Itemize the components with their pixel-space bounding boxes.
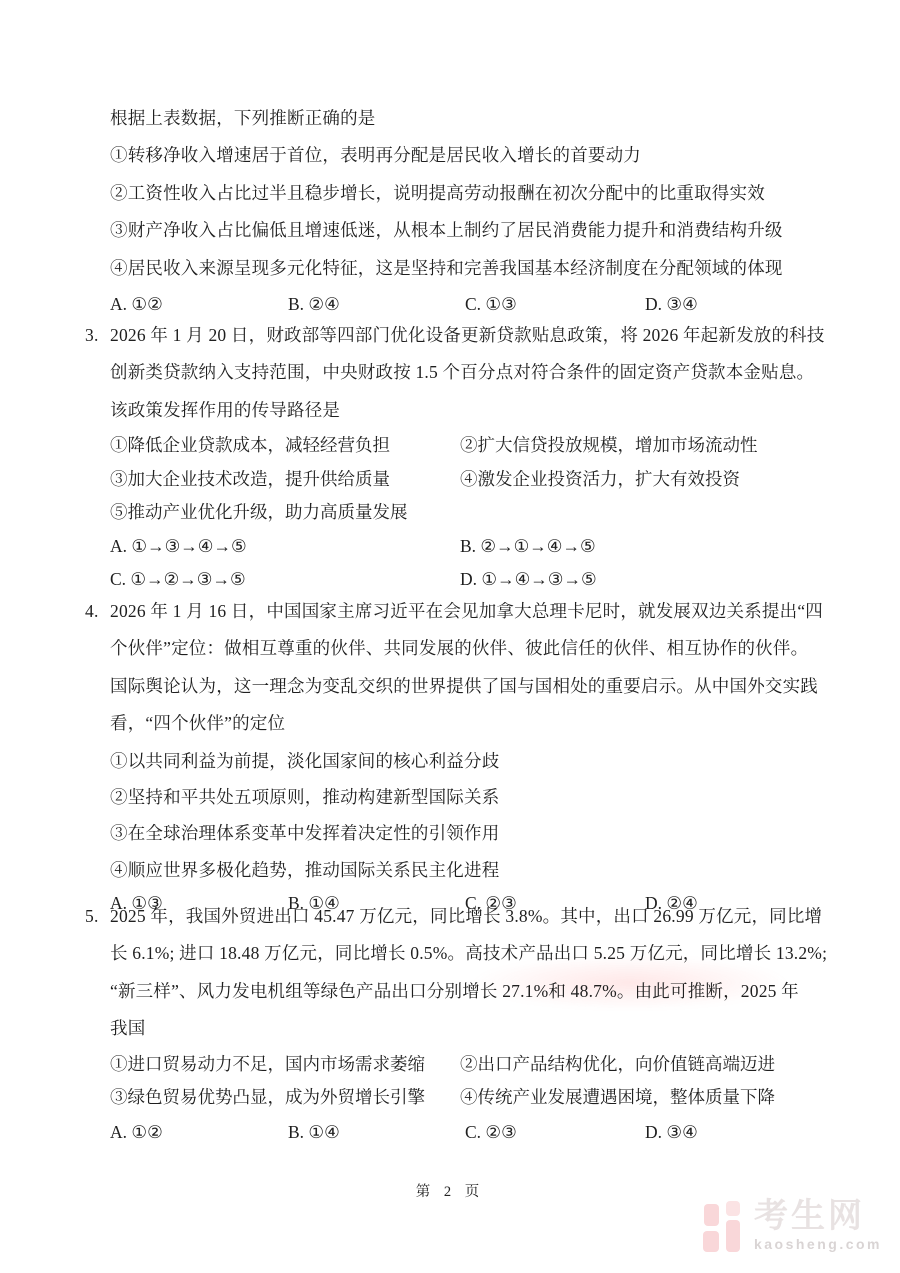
option-item-4: ④居民收入来源呈现多元化特征，这是坚持和完善我国基本经济制度在分配领域的体现	[85, 250, 830, 287]
brand-name: 考生网	[754, 1198, 882, 1234]
exam-paper-page: { "doc": { "footer": "第 2 页", "brand": {…	[0, 0, 900, 1273]
option-item-2: ②扩大信贷投放规模，增加市场流动性	[460, 429, 830, 463]
kaosheng-logo-icon	[694, 1198, 744, 1256]
option-item-3: ③加大企业技术改造，提升供给质量	[110, 463, 460, 497]
option-item-1: ①进口贸易动力不足，国内市场需求萎缩	[110, 1048, 460, 1082]
choice-d: D. ③④	[645, 1115, 830, 1150]
question-stem-line: 5. 2025 年，我国外贸进出口 45.47 万亿元，同比增长 3.8%。其中…	[85, 898, 830, 935]
choice-c: C. ②③	[465, 1115, 645, 1150]
question-stem: 根据上表数据，下列推断正确的是	[85, 100, 830, 137]
option-row: ⑤推动产业优化升级，助力高质量发展	[85, 496, 830, 530]
question-3-block: 3. 2026 年 1 月 20 日，财政部等四部门优化设备更新贷款贴息政策，将…	[85, 317, 830, 597]
option-item-4: ④激发企业投资活力，扩大有效投资	[460, 463, 830, 497]
option-item-2: ②出口产品结构优化，向价值链高端迈进	[460, 1048, 830, 1082]
question-2-block: 根据上表数据，下列推断正确的是 ①转移净收入增速居于首位，表明再分配是居民收入增…	[85, 100, 830, 322]
choice-c: C. ①→②→③→⑤	[110, 563, 460, 597]
stem-text: 2026 年 1 月 20 日，财政部等四部门优化设备更新贷款贴息政策，将 20…	[110, 325, 825, 345]
kaosheng-watermark: 考生网 kaosheng.com	[694, 1198, 882, 1256]
question-stem-line: 该政策发挥作用的传导路径是	[85, 392, 830, 429]
question-stem-line: 我国	[85, 1010, 830, 1047]
option-item-4: ④传统产业发展遭遇困境，整体质量下降	[460, 1081, 830, 1115]
option-item-2: ②坚持和平共处五项原则，推动构建新型国际关系	[85, 779, 830, 815]
choice-d: D. ①→④→③→⑤	[460, 563, 830, 597]
option-item-5: ⑤推动产业优化升级，助力高质量发展	[110, 496, 460, 530]
brand-domain: kaosheng.com	[754, 1236, 882, 1252]
option-row: ①降低企业贷款成本，减轻经营负担 ②扩大信贷投放规模，增加市场流动性	[85, 429, 830, 463]
choice-b: B. ②→①→④→⑤	[460, 530, 830, 564]
option-item-1: ①转移净收入增速居于首位，表明再分配是居民收入增长的首要动力	[85, 137, 830, 174]
option-item-1: ①降低企业贷款成本，减轻经营负担	[110, 429, 460, 463]
option-row: ③加大企业技术改造，提升供给质量 ④激发企业投资活力，扩大有效投资	[85, 463, 830, 497]
option-row: ③绿色贸易优势凸显，成为外贸增长引擎 ④传统产业发展遭遇困境，整体质量下降	[85, 1081, 830, 1115]
choice-a: A. ①→③→④→⑤	[110, 530, 460, 564]
question-number: 5.	[85, 898, 110, 935]
question-stem-line: 3. 2026 年 1 月 20 日，财政部等四部门优化设备更新贷款贴息政策，将…	[85, 317, 830, 354]
option-item-1: ①以共同利益为前提，淡化国家间的核心利益分歧	[85, 743, 830, 779]
question-stem-line: 看，“四个伙伴”的定位	[85, 705, 830, 742]
option-row: ①进口贸易动力不足，国内市场需求萎缩 ②出口产品结构优化，向价值链高端迈进	[85, 1048, 830, 1082]
choice-row: C. ①→②→③→⑤ D. ①→④→③→⑤	[85, 563, 830, 597]
stem-text: 2026 年 1 月 16 日，中国国家主席习近平在会见加拿大总理卡尼时，就发展…	[110, 601, 823, 621]
question-stem-line: 国际舆论认为，这一理念为变乱交织的世界提供了国与国相处的重要启示。从中国外交实践	[85, 668, 830, 705]
option-item-4: ④顺应世界多极化趋势，推动国际关系民主化进程	[85, 852, 830, 888]
question-number: 3.	[85, 317, 110, 354]
option-item-2: ②工资性收入占比过半且稳步增长，说明提高劳动报酬在初次分配中的比重取得实效	[85, 175, 830, 212]
stem-text: 2025 年，我国外贸进出口 45.47 万亿元，同比增长 3.8%。其中，出口…	[110, 906, 822, 926]
question-5-block: 5. 2025 年，我国外贸进出口 45.47 万亿元，同比增长 3.8%。其中…	[85, 898, 830, 1150]
option-item-3: ③财产净收入占比偏低且增速低迷，从根本上制约了居民消费能力提升和消费结构升级	[85, 212, 830, 249]
question-stem-line: “新三样”、风力发电机组等绿色产品出口分别增长 27.1%和 48.7%。由此可…	[85, 973, 830, 1010]
choice-b: B. ①④	[288, 1115, 465, 1150]
choice-row: A. ①② B. ①④ C. ②③ D. ③④	[85, 1115, 830, 1150]
option-item-3: ③在全球治理体系变革中发挥着决定性的引领作用	[85, 815, 830, 851]
question-stem-line: 长 6.1%; 进口 18.48 万亿元，同比增长 0.5%。高技术产品出口 5…	[85, 935, 830, 972]
question-number: 4.	[85, 593, 110, 630]
kaosheng-logo-text: 考生网 kaosheng.com	[754, 1198, 882, 1252]
choice-row: A. ①→③→④→⑤ B. ②→①→④→⑤	[85, 530, 830, 564]
question-4-block: 4. 2026 年 1 月 16 日，中国国家主席习近平在会见加拿大总理卡尼时，…	[85, 593, 830, 918]
question-stem-line: 创新类贷款纳入支持范围，中央财政按 1.5 个百分点对符合条件的固定资产贷款本金…	[85, 354, 830, 391]
choice-a: A. ①②	[110, 1115, 288, 1150]
question-stem-line: 4. 2026 年 1 月 16 日，中国国家主席习近平在会见加拿大总理卡尼时，…	[85, 593, 830, 630]
question-stem-line: 个伙伴”定位：做相互尊重的伙伴、共同发展的伙伴、彼此信任的伙伴、相互协作的伙伴。	[85, 630, 830, 667]
option-item-3: ③绿色贸易优势凸显，成为外贸增长引擎	[110, 1081, 460, 1115]
